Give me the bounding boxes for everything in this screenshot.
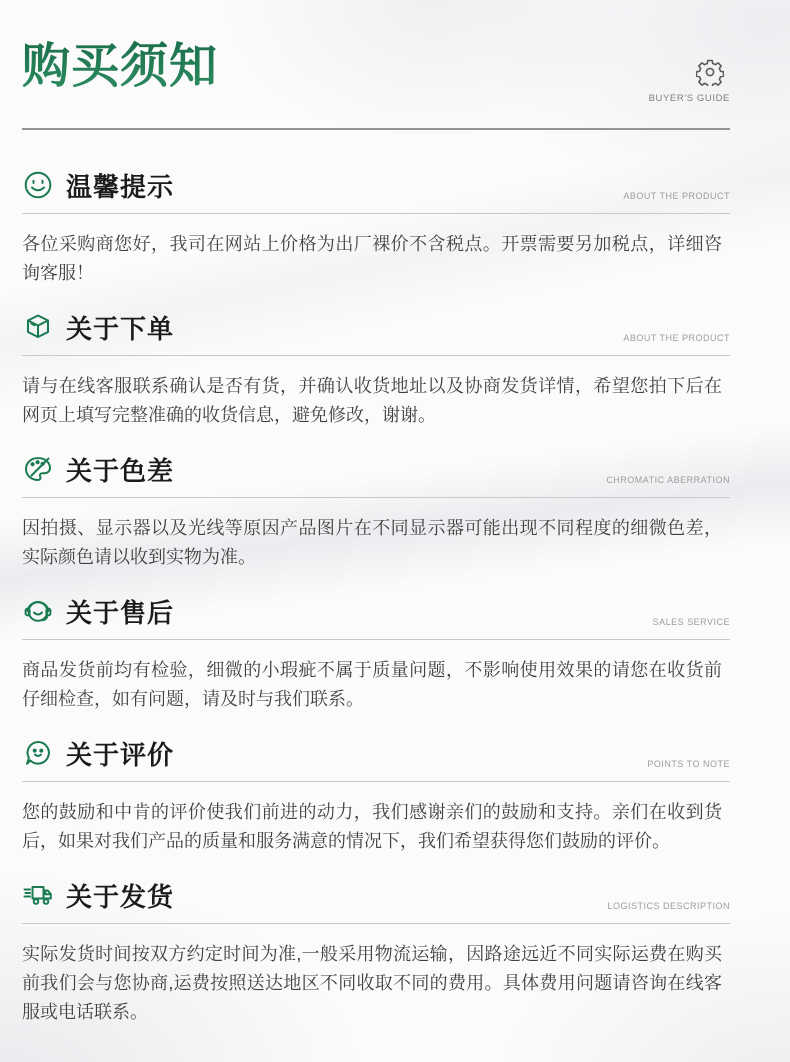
section-divider [22, 639, 730, 640]
section-label-en: CHROMATIC ABERRATION [606, 475, 730, 485]
section-header: 关于发货 LOGISTICS DESCRIPTION [22, 878, 730, 912]
section-color-difference: 关于色差 CHROMATIC ABERRATION 因拍摄、显示器以及光线等原因… [22, 452, 730, 572]
section-body: 请与在线客服联系确认是否有货，并确认收货地址以及协商发货详情，希望您拍下后在网页… [22, 372, 722, 430]
section-shipping: 关于发货 LOGISTICS DESCRIPTION 实际发货时间按双方约定时间… [22, 878, 730, 1027]
section-divider [22, 355, 730, 356]
delivery-truck-icon [22, 879, 54, 911]
section-body: 各位采购商您好，我司在网站上价格为出厂裸价不含税点。开票需要另加税点，详细咨询客… [22, 230, 722, 288]
section-header: 温馨提示 ABOUT THE PRODUCT [22, 168, 730, 202]
page-subtitle-en: BUYER'S GUIDE [649, 93, 730, 104]
section-ordering: 关于下单 ABOUT THE PRODUCT 请与在线客服联系确认是否有货，并确… [22, 310, 730, 430]
section-title: 关于下单 [66, 309, 174, 346]
color-palette-icon [22, 453, 54, 485]
section-label-en: ABOUT THE PRODUCT [623, 191, 730, 201]
section-header: 关于评价 POINTS TO NOTE [22, 736, 730, 770]
page-header: 购买须知 BUYER'S GUIDE [22, 0, 730, 130]
section-body: 实际发货时间按双方约定时间为准,一般采用物流运输，因路途远近不同实际运费在购买前… [22, 940, 722, 1027]
section-title: 关于售后 [66, 593, 174, 630]
section-label-en: SALES SERVICE [653, 617, 730, 627]
header-right-block: BUYER'S GUIDE [649, 58, 730, 104]
smiley-face-icon [22, 169, 54, 201]
package-box-icon [22, 311, 54, 343]
section-label-en: ABOUT THE PRODUCT [623, 333, 730, 343]
section-body: 您的鼓励和中肯的评价使我们前进的动力，我们感谢亲们的鼓励和支持。亲们在收到货后，… [22, 798, 722, 856]
section-label-en: LOGISTICS DESCRIPTION [607, 901, 730, 911]
section-reviews: 关于评价 POINTS TO NOTE 您的鼓励和中肯的评价使我们前进的动力，我… [22, 736, 730, 856]
section-divider [22, 497, 730, 498]
buyers-guide-page: 购买须知 BUYER'S GUIDE [0, 0, 790, 1062]
section-header: 关于下单 ABOUT THE PRODUCT [22, 310, 730, 344]
section-body: 商品发货前均有检验，细微的小瑕疵不属于质量问题，不影响使用效果的请您在收货前仔细… [22, 656, 722, 714]
section-warm-tips: 温馨提示 ABOUT THE PRODUCT 各位采购商您好，我司在网站上价格为… [22, 168, 730, 288]
section-header: 关于售后 SALES SERVICE [22, 594, 730, 628]
section-divider [22, 213, 730, 214]
section-title: 关于评价 [66, 735, 174, 772]
gear-icon [696, 58, 730, 86]
section-title: 关于发货 [66, 877, 174, 914]
section-title: 温馨提示 [66, 167, 174, 204]
section-divider [22, 781, 730, 782]
section-header: 关于色差 CHROMATIC ABERRATION [22, 452, 730, 486]
chat-bubble-smiley-icon [22, 737, 54, 769]
page-title: 购买须知 [22, 0, 218, 92]
section-after-sales: 关于售后 SALES SERVICE 商品发货前均有检验，细微的小瑕疵不属于质量… [22, 594, 730, 714]
section-divider [22, 923, 730, 924]
customer-service-headset-icon [22, 595, 54, 627]
header-divider [22, 128, 730, 130]
section-title: 关于色差 [66, 451, 174, 488]
section-label-en: POINTS TO NOTE [647, 759, 730, 769]
section-body: 因拍摄、显示器以及光线等原因产品图片在不同显示器可能出现不同程度的细微色差，实际… [22, 514, 722, 572]
